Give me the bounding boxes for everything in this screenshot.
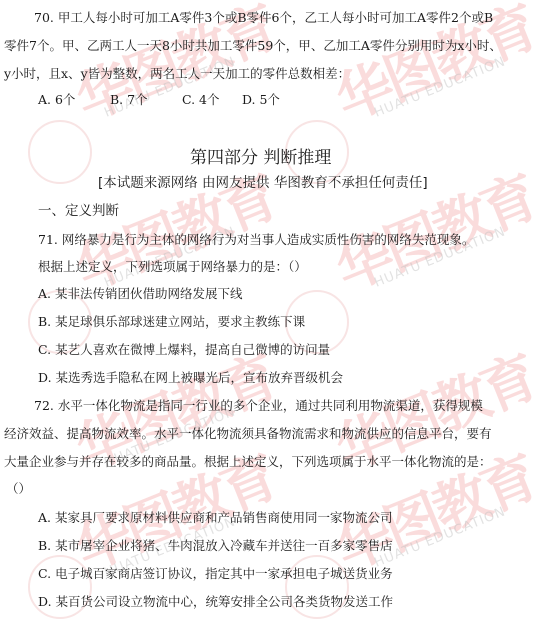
q72-line: 经济效益、提高物流效率。水平一体化物流须具备物流需求和物流供应的信息平台，要有 — [4, 424, 492, 444]
q72-option-b: B. 某市屠宰企业将猪、牛肉混放入冷藏车并送往一百多家零售店 — [38, 536, 393, 556]
q71-line: 根据上述定义，下列选项属于网络暴力的是：（） — [38, 257, 307, 277]
q70-options: A. 6个 B. 7个 C. 4个 D. 5个 — [38, 90, 280, 110]
q70-option-b: B. 7个 — [110, 90, 178, 110]
q71-option-c: C. 某艺人喜欢在微博上爆料，提高自己微博的访问量 — [38, 340, 330, 360]
q71-option-a: A. 某非法传销团伙借助网络发展下线 — [38, 284, 242, 304]
q72-line: （） — [6, 479, 31, 499]
q72-line: 72. 水平一体化物流是指同一行业的多个企业，通过共同利用物流渠道，获得规模 — [34, 396, 483, 416]
q72-option-a: A. 某家具厂要求原材料供应商和产品销售商使用同一家物流公司 — [38, 508, 392, 528]
q72-line: 大量企业参与并存在较多的商品量。根据上述定义，下列选项属于水平一体化物流的是： — [4, 452, 492, 472]
q71-option-b: B. 某足球俱乐部球迷建立网站，要求主教练下课 — [38, 312, 305, 332]
q71-option-d: D. 某选秀选手隐私在网上被曝光后，宣布放弃晋级机会 — [38, 368, 343, 388]
q72-option-d: D. 某百货公司设立物流中心，统筹安排全公司各类货物发送工作 — [38, 592, 393, 612]
q70-line: y小时，且x、y皆为整数，两名工人一天加工的零件总数相差： — [4, 64, 350, 84]
q70-option-a: A. 6个 — [38, 90, 106, 110]
section-title: 第四部分 判断推理 — [190, 148, 331, 168]
q70-line: 零件7个。甲、乙两工人一天8小时共加工零件59个，甲、乙加工A零件分别用时为x小… — [4, 36, 502, 56]
q70-option-c: C. 4个 — [182, 90, 238, 110]
subsection-title: 一、定义判断 — [38, 201, 119, 221]
q72-option-c: C. 电子城百家商店签订协议，指定其中一家承担电子城送货业务 — [38, 564, 393, 584]
section-disclaimer: [本试题来源网络 由网友提供 华图教育不承担任何责任] — [98, 173, 428, 193]
watermark-seal — [28, 120, 92, 184]
watermark-text: HUATU EDUCATION — [372, 54, 508, 120]
q70-line: 70. 甲工人每小时可加工A零件3个或B零件6个，乙工人每小时可加工A零件2个或… — [34, 8, 493, 28]
q71-line: 71. 网络暴力是行为主体的网络行为对当事人造成实质性伤害的网络失范现象。 — [38, 230, 474, 250]
q70-option-d: D. 5个 — [242, 90, 280, 110]
